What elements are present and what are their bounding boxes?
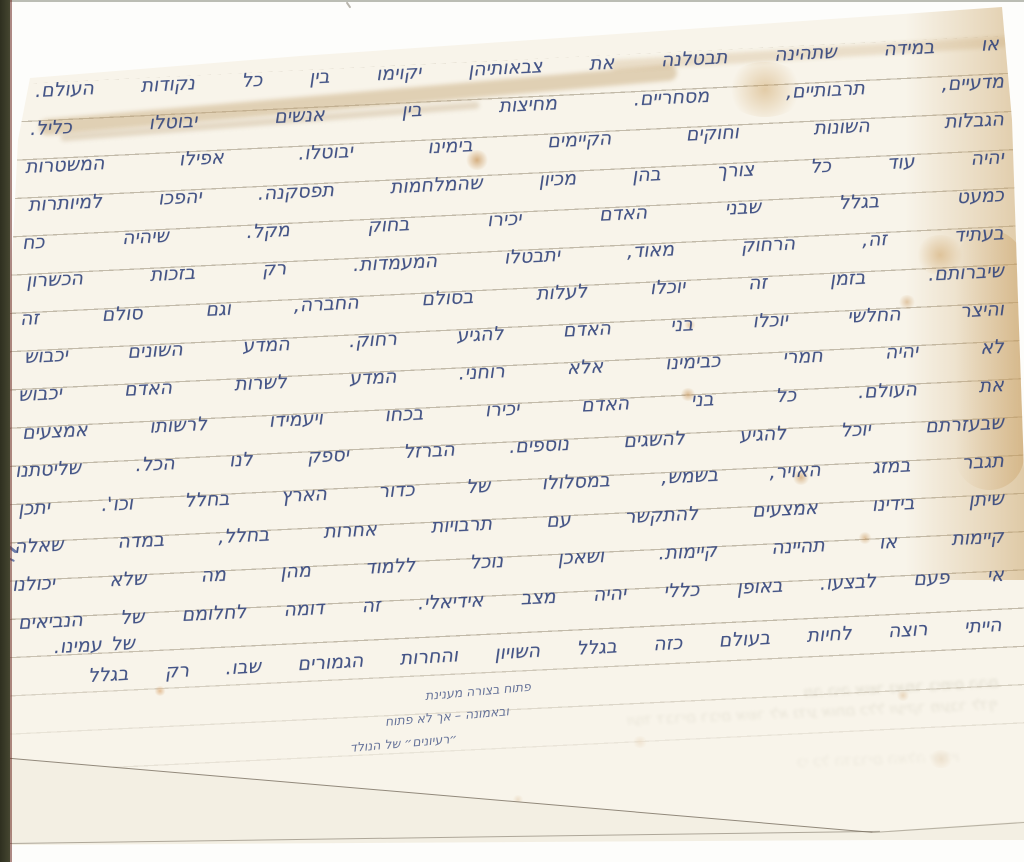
scanner-top-edge bbox=[0, 0, 1024, 2]
scanner-edge-line bbox=[10, 0, 12, 862]
scanner-edge-strip bbox=[0, 0, 10, 862]
scan-speck bbox=[346, 2, 352, 9]
scanned-letter-page: וזה היה אשר נאמר בימים ההם ועוד דברים רב… bbox=[0, 0, 1024, 862]
paper-sheet: וזה היה אשר נאמר בימים ההם ועוד דברים רב… bbox=[0, 0, 1024, 862]
ink-stain bbox=[612, 12, 642, 30]
